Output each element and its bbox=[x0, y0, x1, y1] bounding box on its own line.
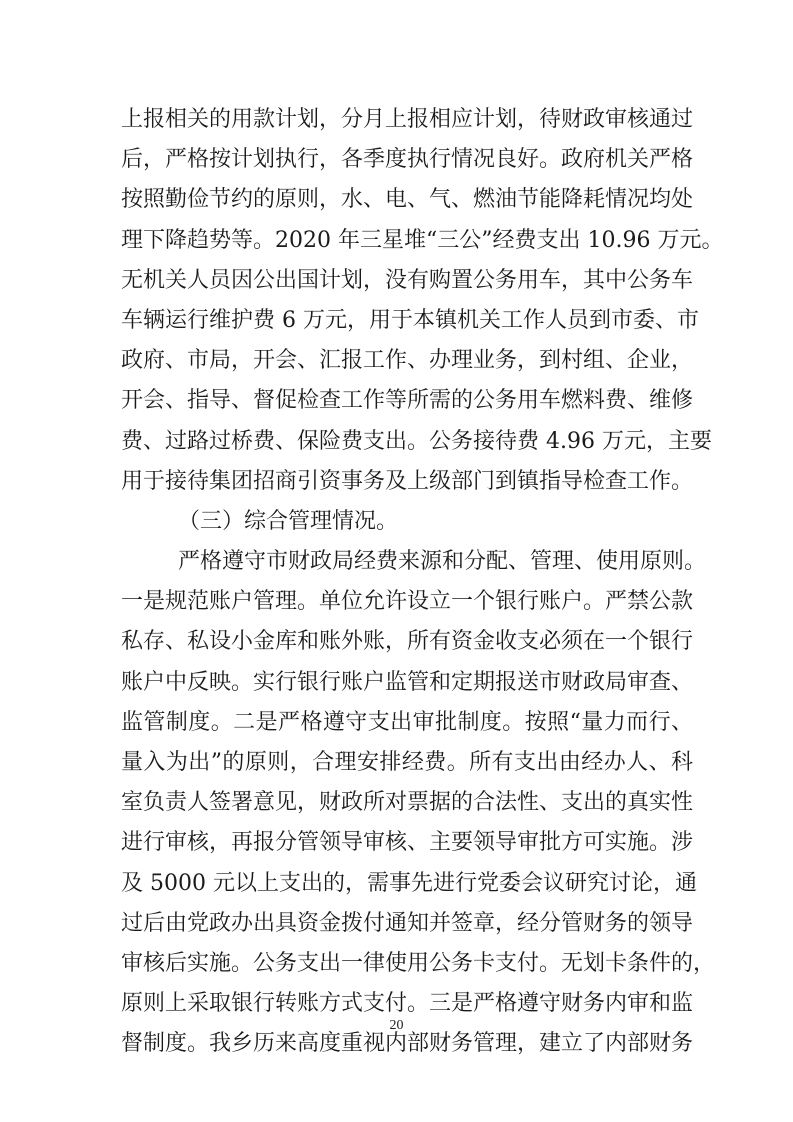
text-line: 后，严格按计划执行，各季度执行情况良好。政府机关严格 bbox=[121, 140, 693, 180]
text-line: 量入为出”的原则，合理安排经费。所有支出由经办人、科 bbox=[121, 743, 693, 783]
text-line: 私存、私设小金库和账外账，所有资金收支必须在一个银行 bbox=[121, 622, 693, 662]
text-line: 室负责人签署意见，财政所对票据的合法性、支出的真实性 bbox=[121, 783, 693, 823]
text-line: 一是规范账户管理。单位允许设立一个银行账户。严禁公款 bbox=[121, 582, 693, 622]
text-line: 政府、市局，开会、汇报工作、办理业务，到村组、企业， bbox=[121, 341, 693, 381]
text-line: 进行审核，再报分管领导审核、主要领导审批方可实施。涉 bbox=[121, 823, 693, 863]
text-line: 无机关人员因公出国计划，没有购置公务用车，其中公务车 bbox=[121, 261, 693, 301]
page-number: 20 bbox=[0, 1018, 793, 1034]
text-line: 审核后实施。公务支出一律使用公务卡支付。无划卡条件的， bbox=[121, 944, 693, 984]
text-line: 按照勤俭节约的原则，水、电、气、燃油节能降耗情况均处 bbox=[121, 180, 693, 220]
text-line: 账户中反映。实行银行账户监管和定期报送市财政局审查、 bbox=[121, 663, 693, 703]
text-line: 监管制度。二是严格遵守支出审批制度。按照“量力而行、 bbox=[121, 703, 693, 743]
section-heading: （三）综合管理情况。 bbox=[121, 502, 693, 542]
text-line: 过后由党政办出具资金拨付通知并签章，经分管财务的领导 bbox=[121, 904, 693, 944]
text-line: 车辆运行维护费 6 万元，用于本镇机关工作人员到市委、市 bbox=[121, 301, 693, 341]
paragraph-first-line: 严格遵守市财政局经费来源和分配、管理、使用原则。 bbox=[121, 542, 693, 582]
text-line: 开会、指导、督促检查工作等所需的公务用车燃料费、维修 bbox=[121, 381, 693, 421]
body-text: 上报相关的用款计划，分月上报相应计划，待财政审核通过 后，严格按计划执行，各季度… bbox=[121, 100, 693, 1065]
text-line: 上报相关的用款计划，分月上报相应计划，待财政审核通过 bbox=[121, 100, 693, 140]
text-line: 理下降趋势等。2020 年三星堆“三公”经费支出 10.96 万元。 bbox=[121, 221, 693, 261]
document-page: 上报相关的用款计划，分月上报相应计划，待财政审核通过 后，严格按计划执行，各季度… bbox=[0, 0, 793, 1122]
text-line: 用于接待集团招商引资事务及上级部门到镇指导检查工作。 bbox=[121, 462, 693, 502]
text-line: 费、过路过桥费、保险费支出。公务接待费 4.96 万元，主要 bbox=[121, 422, 693, 462]
text-line: 及 5000 元以上支出的，需事先进行党委会议研究讨论，通 bbox=[121, 864, 693, 904]
